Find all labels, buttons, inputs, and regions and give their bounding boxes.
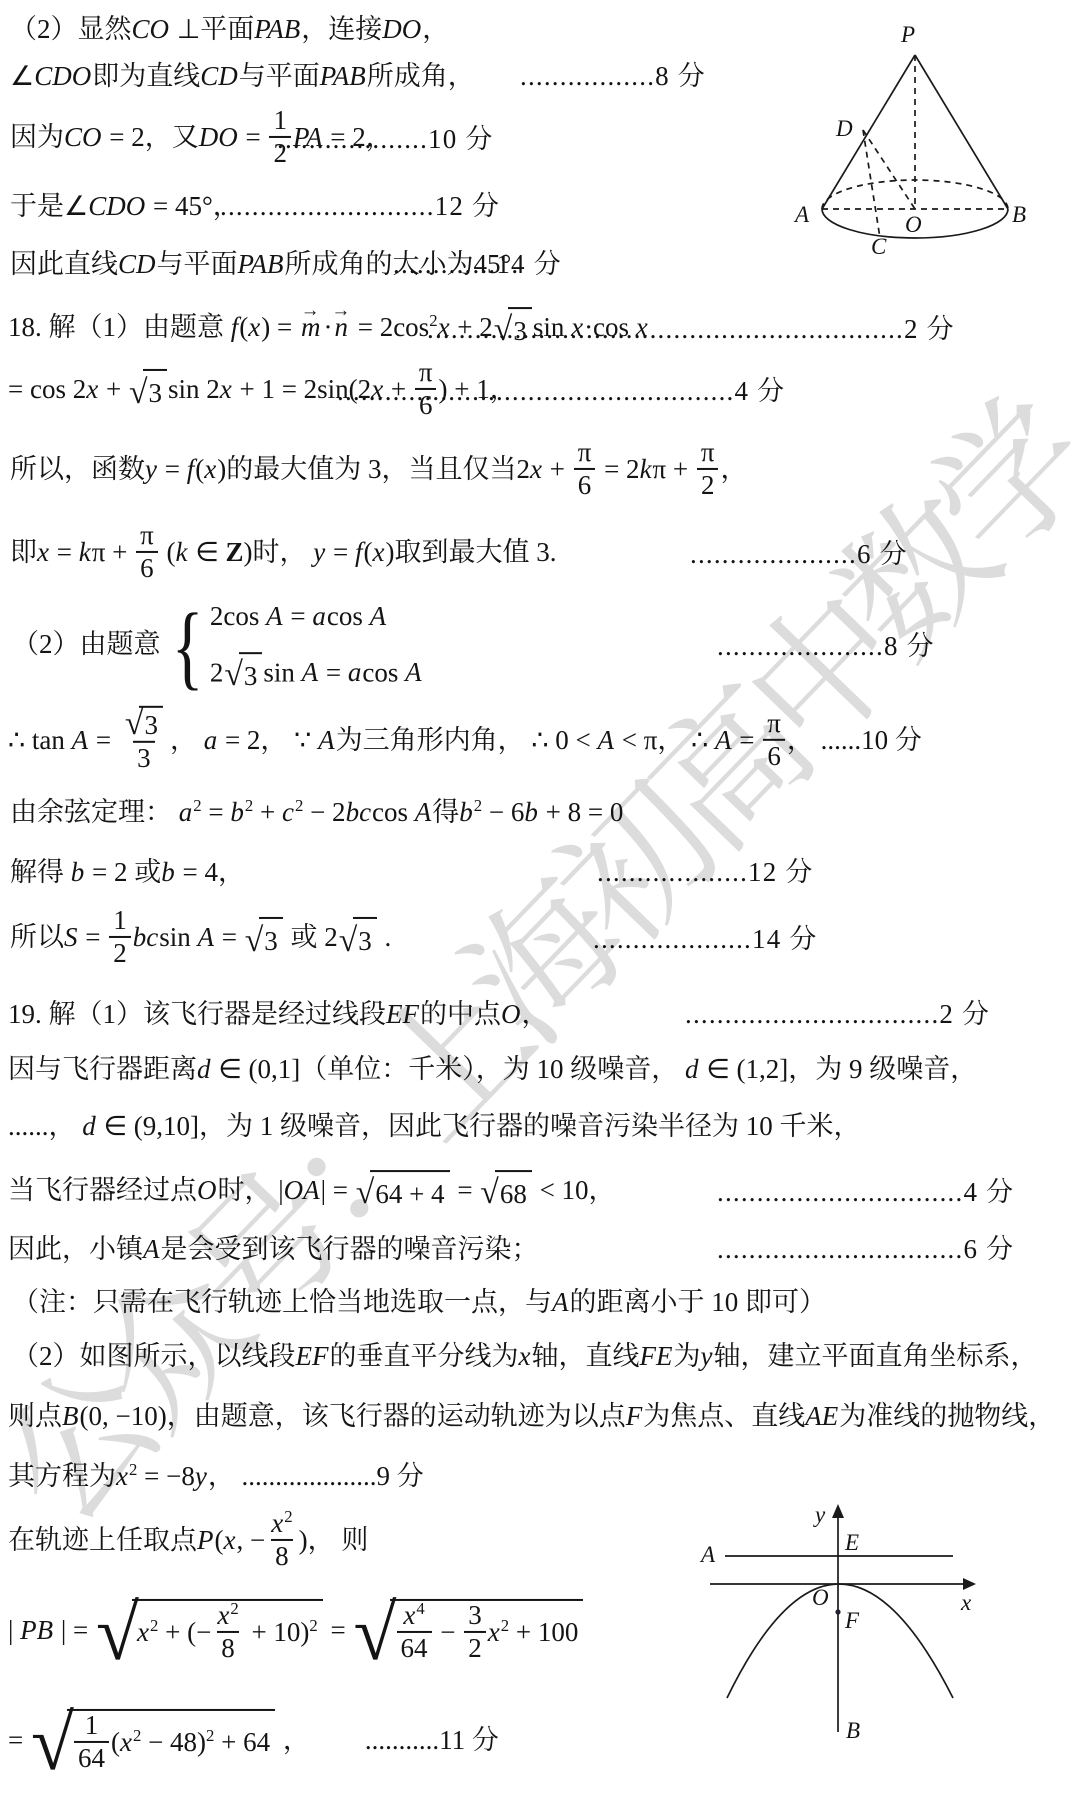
cone-label-p: P bbox=[900, 22, 915, 47]
cone-figure: P D A O B C bbox=[695, 10, 1040, 255]
score-marker: .....................8 分 bbox=[717, 626, 935, 668]
text-line: 当飞行器经过点O时， |OA| = √64 + 4 = √68 < 10， bbox=[8, 1170, 616, 1216]
cone-label-d: D bbox=[835, 116, 853, 141]
text-line: 其方程为x2 = −8y， ....................9 分 bbox=[8, 1456, 424, 1498]
text-line: 则点B(0, −10)，由题意，该飞行器的运动轨迹为以点F为焦点、直线AE为准线… bbox=[8, 1396, 1055, 1438]
text-line: 于是∠CDO = 45°， bbox=[10, 186, 240, 228]
text-line: 所以，函数y = f(x)的最大值为 3，当且仅当2x + π6 = 2kπ +… bbox=[10, 440, 748, 504]
score-marker: .................8 分 bbox=[520, 56, 706, 98]
score-marker: .............14 分 bbox=[393, 244, 562, 286]
text-line: 由余弦定理： a2 = b2 + c2 − 2bccos A得b2 − 6b +… bbox=[10, 792, 623, 834]
text-line: （2）如图所示，以线段EF的垂直平分线为x轴，直线FE为y轴，建立平面直角坐标系… bbox=[12, 1336, 1037, 1378]
cone-label-o: O bbox=[905, 212, 922, 237]
parabola-curve bbox=[727, 1584, 953, 1698]
text-line: （2）显然CO ⊥平面PAB，连接DO， bbox=[10, 9, 449, 51]
parabola-label-b: B bbox=[846, 1718, 860, 1743]
parabola-label-f: F bbox=[844, 1608, 860, 1633]
cone-segment-do bbox=[863, 130, 915, 209]
text-line: | PB | = √x2 + (−x28 + 10)2 = √x464 − 32… bbox=[8, 1599, 584, 1667]
parabola-label-x: x bbox=[960, 1590, 972, 1615]
cone-label-a: A bbox=[793, 202, 810, 227]
score-marker: ...............................6 分 bbox=[717, 1229, 1014, 1271]
text-line: 在轨迹上任取点P(x, −x28)， 则 bbox=[8, 1511, 368, 1575]
score-marker: ...................12 分 bbox=[597, 852, 814, 894]
text-line: 即x = kπ + π6 (k ∈ Z)时， y = f(x)取到最大值 3. bbox=[10, 523, 556, 587]
text-line: ∠CDO即为直线CD与平面PAB所成角， bbox=[10, 56, 475, 98]
cone-edge-pb bbox=[915, 55, 1008, 209]
x-axis-arrow bbox=[963, 1578, 976, 1590]
score-marker: ....................14 分 bbox=[593, 919, 818, 961]
parabola-label-o: O bbox=[812, 1585, 829, 1610]
score-marker: .....................6 分 bbox=[690, 534, 908, 576]
text-line: ∴ tan A = √33， a = 2， ∵ A为三角形内角， ∴ 0 < A… bbox=[8, 709, 922, 777]
text-line: （注：只需在飞行轨迹上恰当地选取一点，与A的距离小于 10 即可） bbox=[12, 1282, 826, 1324]
parabola-label-y: y bbox=[813, 1502, 826, 1527]
score-marker: ...........................12 分 bbox=[220, 186, 500, 228]
cone-label-b: B bbox=[1012, 202, 1026, 227]
text-line: = √164(x2 − 48)2 + 64 ，...........11 分 bbox=[8, 1709, 499, 1777]
text-line: 因此，小镇A是会受到该飞行器的噪音污染； bbox=[8, 1229, 539, 1271]
score-marker: ........................................… bbox=[427, 309, 955, 351]
score-marker: ........................................… bbox=[337, 371, 785, 413]
parabola-label-e: E bbox=[844, 1530, 859, 1555]
parabola-label-a: A bbox=[699, 1542, 716, 1567]
text-line: 因与飞行器距离d ∈ (0,1]（单位：千米），为 10 级噪音， d ∈ (1… bbox=[8, 1049, 977, 1091]
parabola-figure: y x A E O F B bbox=[695, 1500, 995, 1799]
score-marker: ...............................4 分 bbox=[717, 1172, 1014, 1214]
text-line: 解得 b = 2 或b = 4， bbox=[10, 852, 245, 894]
text-line: （2）由题意{2cos A = acos A2√3sin A = acos A bbox=[12, 596, 423, 698]
score-marker: ................................2 分 bbox=[685, 994, 990, 1036]
y-axis-arrow bbox=[832, 1504, 844, 1518]
text-line: 所以S = 12bcsin A = √3 或 2√3 . bbox=[10, 908, 391, 972]
page: 公众号：上海初高中数学 （2）显然CO ⊥平面PAB，连接DO，∠CDO即为直线… bbox=[0, 0, 1080, 1799]
cone-base-back bbox=[822, 180, 1008, 209]
focus-dot bbox=[835, 1609, 840, 1614]
text-line: ......， d ∈ (9,10]，为 1 级噪音，因此飞行器的噪音污染半径为… bbox=[8, 1106, 861, 1148]
cone-label-c: C bbox=[871, 234, 887, 255]
score-marker: ...................10 分 bbox=[277, 119, 494, 161]
text-line: 19. 解（1）该飞行器是经过线段EF的中点O， bbox=[8, 994, 549, 1036]
